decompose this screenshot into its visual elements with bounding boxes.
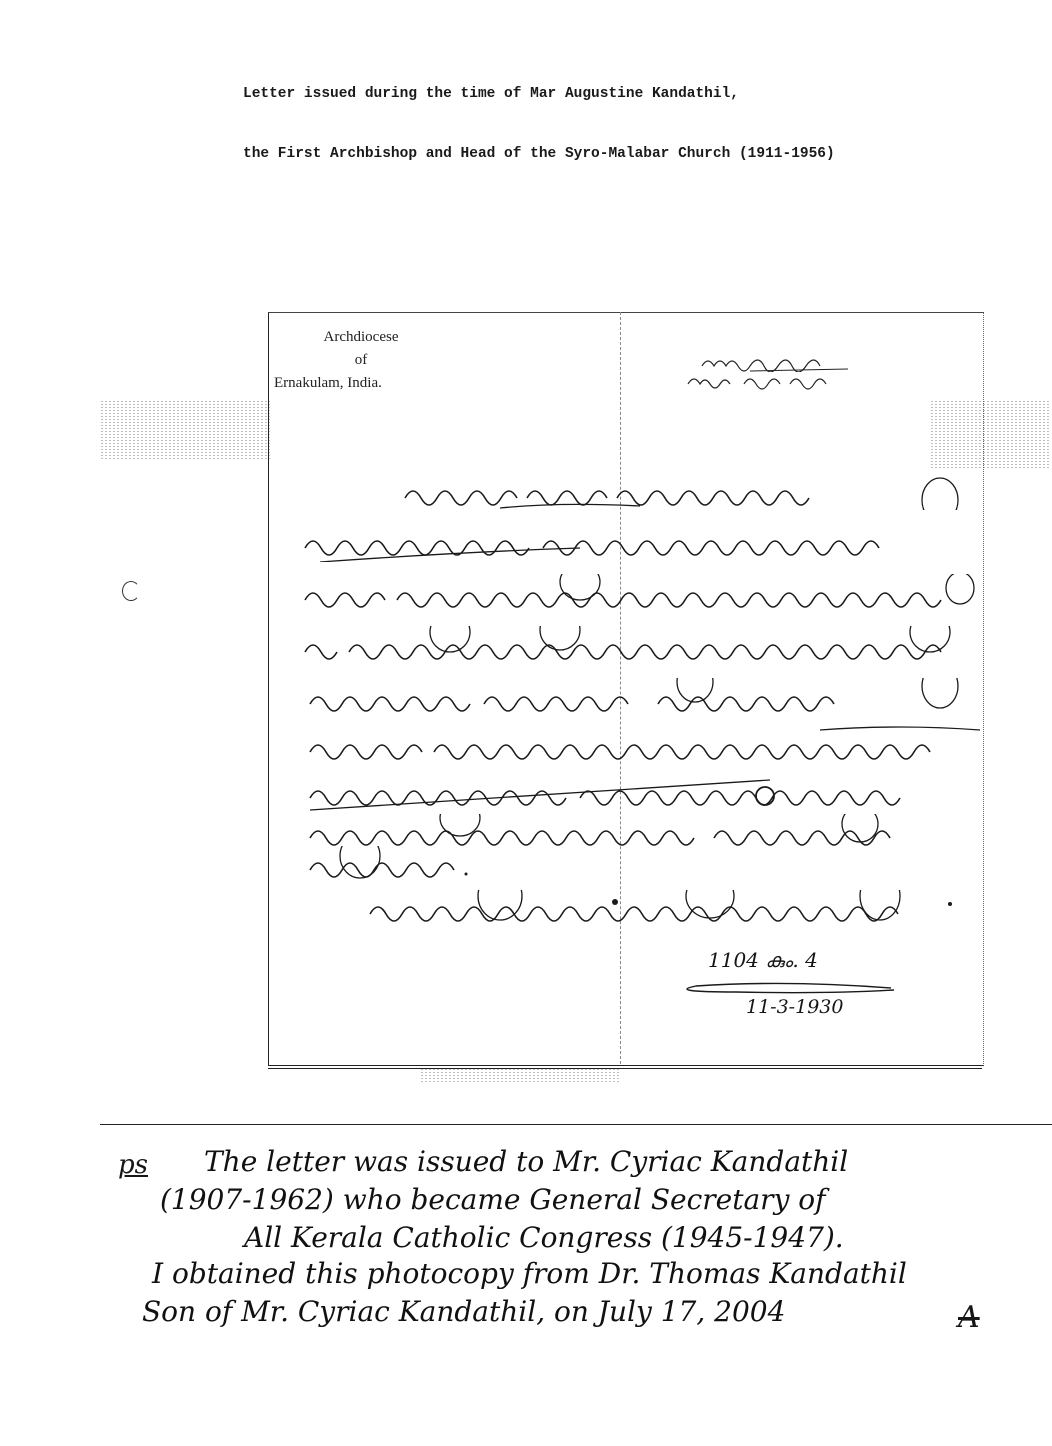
handwriting-scribble-icon bbox=[300, 626, 990, 666]
ps-marker: ps bbox=[118, 1150, 148, 1180]
body-closing-line bbox=[360, 890, 960, 930]
body-line-1 bbox=[400, 470, 990, 510]
handwriting-scribble-icon bbox=[300, 726, 990, 766]
body-line-7 bbox=[300, 774, 990, 814]
margin-hole-mark bbox=[122, 581, 140, 601]
handwriting-scribble-icon bbox=[300, 574, 990, 614]
page-divider bbox=[100, 1124, 1052, 1125]
letterhead-line-3: Ernakulam, India. bbox=[274, 372, 446, 395]
scan-noise-left bbox=[100, 400, 270, 460]
body-line-6 bbox=[300, 726, 990, 766]
handwriting-scribble-icon bbox=[300, 774, 990, 814]
caption-line-2: the First Archbishop and Head of the Syr… bbox=[243, 144, 835, 164]
flourish-icon bbox=[676, 982, 896, 996]
caption-line-1: Letter issued during the time of Mar Aug… bbox=[243, 84, 835, 104]
handwriting-scribble-icon bbox=[300, 522, 990, 562]
letterhead-line-1: Archdiocese bbox=[276, 326, 446, 349]
handwriting-scribble-icon bbox=[400, 470, 990, 510]
date-underline-flourish bbox=[676, 982, 896, 996]
body-line-4 bbox=[300, 626, 990, 666]
scan-noise-bottom bbox=[420, 1068, 620, 1082]
handwriting-scribble-icon bbox=[300, 678, 990, 718]
handwriting-scribble-icon bbox=[700, 352, 850, 372]
ps-line-1: The letter was issued to Mr. Cyriac Kand… bbox=[204, 1146, 848, 1178]
body-line-5 bbox=[300, 678, 990, 718]
letterhead: Archdiocese of Ernakulam, India. bbox=[276, 326, 446, 395]
ps-line-3: All Kerala Catholic Congress (1945-1947)… bbox=[244, 1222, 844, 1254]
letterhead-line-2: of bbox=[276, 349, 446, 372]
initials-signature: A bbox=[958, 1300, 980, 1335]
date-malayalam-era: 1104 കും. 4 bbox=[708, 948, 818, 972]
body-line-9 bbox=[300, 846, 470, 886]
reference-number-line-2 bbox=[686, 372, 846, 396]
body-line-3 bbox=[300, 574, 990, 614]
handwriting-scribble-icon bbox=[360, 890, 960, 930]
letter-bottom-edge bbox=[268, 1068, 982, 1069]
ps-line-4: I obtained this photocopy from Dr. Thoma… bbox=[152, 1258, 907, 1290]
body-line-2 bbox=[300, 522, 990, 562]
handwriting-scribble-icon bbox=[686, 372, 846, 392]
ps-line-5: Son of Mr. Cyriac Kandathil, on July 17,… bbox=[142, 1296, 785, 1328]
document-caption: Letter issued during the time of Mar Aug… bbox=[243, 44, 835, 184]
handwriting-scribble-icon bbox=[300, 846, 470, 886]
date-gregorian: 11-3-1930 bbox=[746, 996, 843, 1018]
ps-line-2: (1907-1962) who became General Secretary… bbox=[160, 1184, 826, 1216]
